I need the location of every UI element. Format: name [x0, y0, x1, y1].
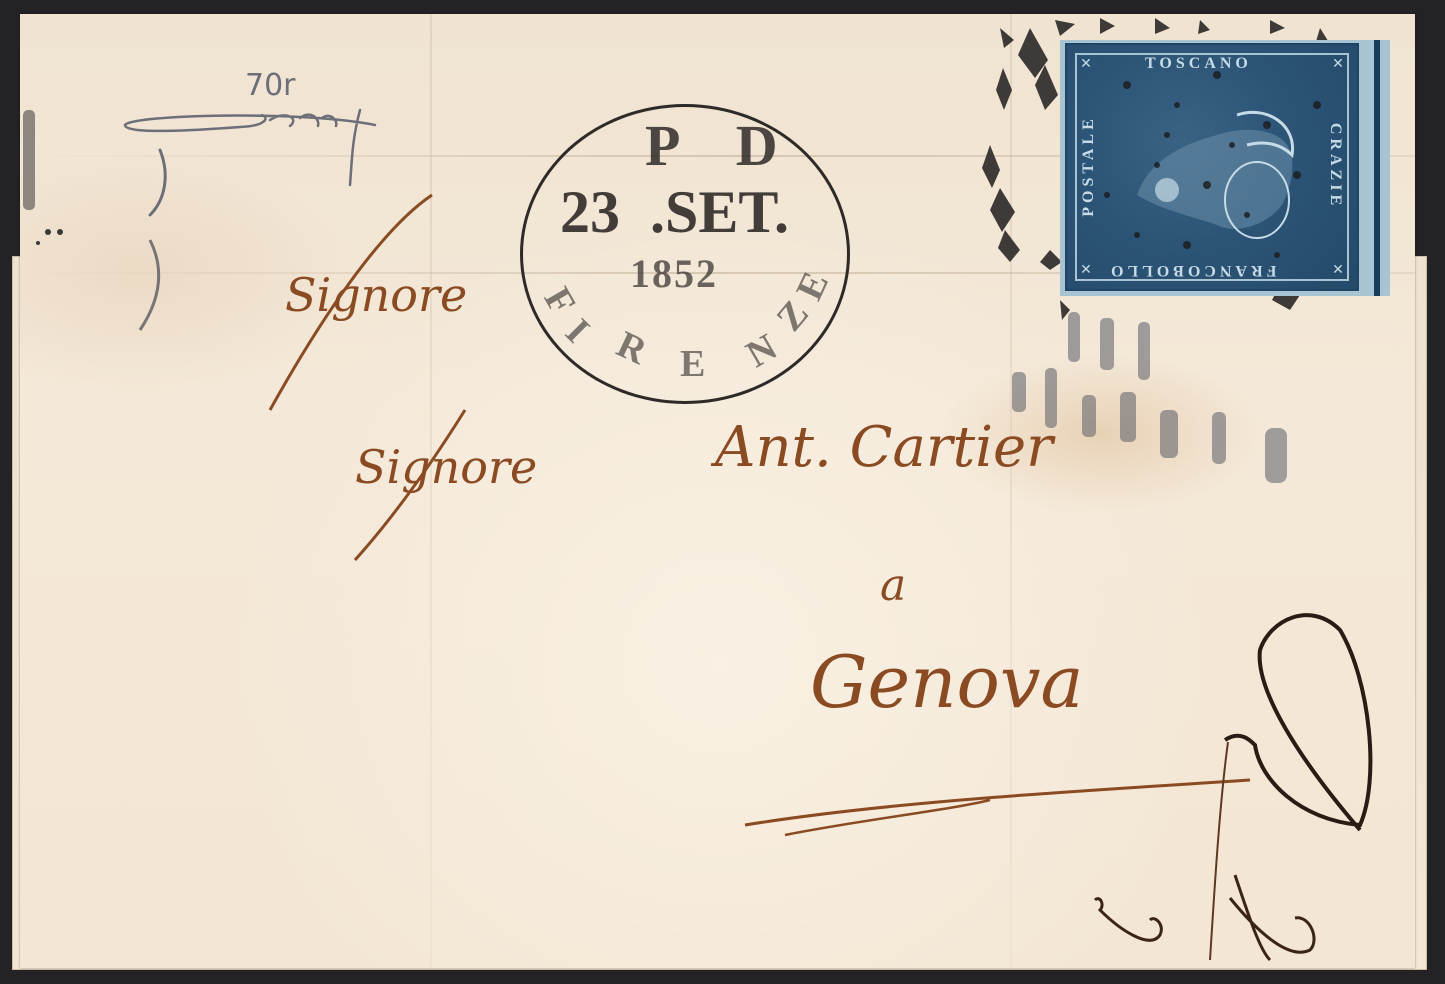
- address-preposition: a: [880, 560, 906, 611]
- address-salutation: Signore: [355, 440, 537, 494]
- stamp-margin-line: [1374, 40, 1380, 296]
- circular-date-postmark: P D 23 .SET. 1852 F I R E N Z E: [520, 104, 850, 404]
- addressee-name: Ant. Cartier: [715, 415, 1053, 480]
- cancel-dots: [1067, 45, 1357, 289]
- pencil-note: 70r: [245, 68, 296, 103]
- fold-crease: [1010, 14, 1012, 968]
- address-line-signore: Signore: [285, 268, 467, 322]
- stamp-design: ✕ ✕ ✕ ✕ TOSCANO FRANCOBOLLO POSTALE CRAZ…: [1065, 43, 1359, 291]
- postmark-city: F I R E N Z E: [520, 104, 850, 404]
- destination-city: Genova: [810, 640, 1083, 724]
- postage-stamp: ✕ ✕ ✕ ✕ TOSCANO FRANCOBOLLO POSTALE CRAZ…: [1060, 40, 1390, 296]
